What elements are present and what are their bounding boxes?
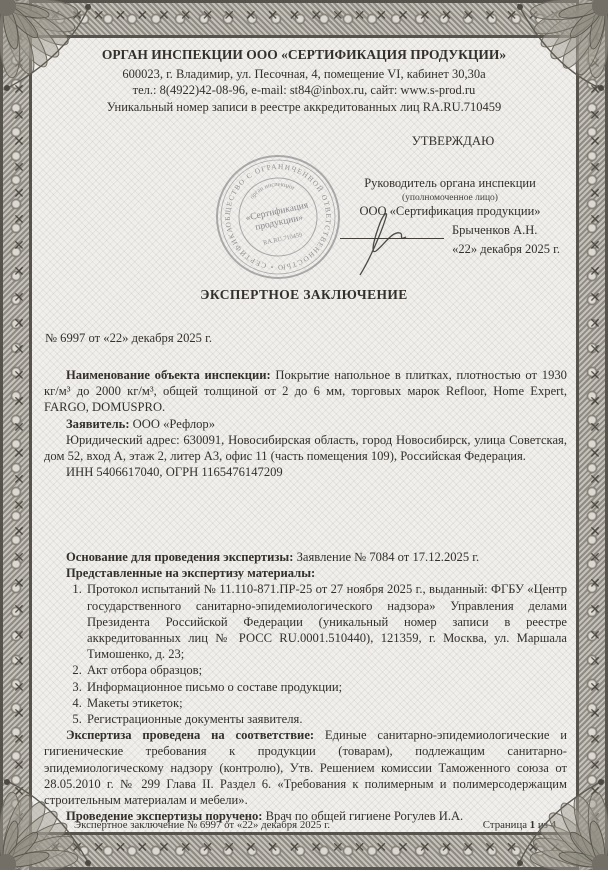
basis-label: Основание для проведения экспертизы: xyxy=(66,550,293,564)
legal-address-paragraph: Юридический адрес: 630091, Новосибирская… xyxy=(44,432,567,464)
org-contacts-line: тел.: 8(4922)42-08-96, e-mail: st84@inbo… xyxy=(50,82,558,99)
materials-label: Представленные на экспертизу материалы: xyxy=(66,566,315,580)
applicant-paragraph: Заявитель: ООО «Рефлор» xyxy=(44,416,567,432)
stamp-number-text: RA.RU.710459 xyxy=(263,231,303,246)
approval-block: Руководитель органа инспекции (уполномоч… xyxy=(340,176,560,257)
approver-org: ООО «Сертификация продукции» xyxy=(340,204,560,220)
page-footer: Экспертное заключение № 6997 от «22» дек… xyxy=(74,819,556,831)
compliance-label: Экспертиза проведена на соответствие: xyxy=(66,728,314,742)
approval-date: «22» декабря 2025 г. xyxy=(340,242,560,258)
decorative-border-right: ✕✕✕✕✕✕✕✕✕✕✕✕✕✕✕✕✕✕✕✕✕✕✕✕✕✕✕✕✕✕✕✕✕✕✕✕✕✕✕✕… xyxy=(576,0,608,870)
materials-heading: Представленные на экспертизу материалы: xyxy=(44,565,567,581)
document-title: ЭКСПЕРТНОЕ ЗАКЛЮЧЕНИЕ xyxy=(0,287,608,303)
certificate-page: ✕✕✕✕✕✕✕✕✕✕✕✕✕✕✕✕✕✕✕✕✕✕✕✕✕✕✕✕✕✕✕✕✕✕✕✕✕✕✕✕… xyxy=(0,0,608,870)
signer-name: Брыченков А.Н. xyxy=(452,223,537,239)
material-item: Информационное письмо о составе продукци… xyxy=(85,679,567,695)
basis-text: Заявление № 7084 от 17.12.2025 г. xyxy=(293,550,479,564)
object-paragraph: Наименование объекта инспекции: Покрытие… xyxy=(44,367,567,416)
object-section: Наименование объекта инспекции: Покрытие… xyxy=(44,367,567,480)
inn-ogrn-line: ИНН 5406617040, ОГРН 1165476147209 xyxy=(44,464,567,480)
chain-pattern: ✕✕✕✕✕✕✕✕✕✕✕✕✕✕✕✕✕✕✕✕✕✕✕✕✕✕✕✕✕✕✕✕✕✕✕✕✕✕✕✕… xyxy=(579,0,605,870)
material-item: Акт отбора образцов; xyxy=(85,662,567,678)
basis-section: Основание для проведения экспертизы: Зая… xyxy=(44,549,567,824)
authorized-person-note: (уполномоченное лицо) xyxy=(340,192,560,204)
signature-row: Брыченков А.Н. xyxy=(340,223,560,239)
decorative-border-left: ✕✕✕✕✕✕✕✕✕✕✕✕✕✕✕✕✕✕✕✕✕✕✕✕✕✕✕✕✕✕✕✕✕✕✕✕✕✕✕✕… xyxy=(0,0,32,870)
org-registry-line: Уникальный номер записи в реестре аккред… xyxy=(50,99,558,116)
approver-position: Руководитель органа инспекции xyxy=(340,176,560,192)
material-item: Протокол испытаний № 11.110-871.ПР-25 от… xyxy=(85,581,567,662)
round-org-stamp: ОБЩЕСТВО С ОГРАНИЧЕННОЙ ОТВЕТСТВЕННОСТЬЮ… xyxy=(201,140,355,294)
materials-list: Протокол испытаний № 11.110-871.ПР-25 от… xyxy=(44,581,567,727)
material-item: Макеты этикеток; xyxy=(85,695,567,711)
approve-heading: УТВЕРЖДАЮ xyxy=(353,134,553,149)
org-address-line: 600023, г. Владимир, ул. Песочная, 4, по… xyxy=(50,66,558,83)
corner-rosette-icon xyxy=(0,0,98,98)
material-item: Регистрационные документы заявителя. xyxy=(85,711,567,727)
corner-rosette-icon xyxy=(510,772,608,870)
footer-document-ref: Экспертное заключение № 6997 от «22» дек… xyxy=(74,819,330,831)
compliance-paragraph: Экспертиза проведена на соответствие: Ед… xyxy=(44,727,567,808)
applicant-text: ООО «Рефлор» xyxy=(130,417,215,431)
applicant-label: Заявитель: xyxy=(66,417,130,431)
letterhead: ОРГАН ИНСПЕКЦИИ ООО «СЕРТИФИКАЦИЯ ПРОДУК… xyxy=(50,47,558,115)
basis-paragraph: Основание для проведения экспертизы: Зая… xyxy=(44,549,567,565)
signature-line xyxy=(340,225,444,239)
corner-rosette-icon xyxy=(510,0,608,98)
document-number-line: № 6997 от «22» декабря 2025 г. xyxy=(45,331,212,346)
corner-rosette-icon xyxy=(0,772,98,870)
stamp-inner-arc-text: орган инспекции xyxy=(247,177,298,202)
org-name-line: ОРГАН ИНСПЕКЦИИ ООО «СЕРТИФИКАЦИЯ ПРОДУК… xyxy=(50,47,558,64)
chain-pattern: ✕✕✕✕✕✕✕✕✕✕✕✕✕✕✕✕✕✕✕✕✕✕✕✕✕✕✕✕✕✕✕✕✕✕✕✕✕✕✕✕… xyxy=(3,0,29,870)
object-label: Наименование объекта инспекции: xyxy=(66,368,271,382)
svg-text:орган инспекции: орган инспекции xyxy=(247,177,298,202)
